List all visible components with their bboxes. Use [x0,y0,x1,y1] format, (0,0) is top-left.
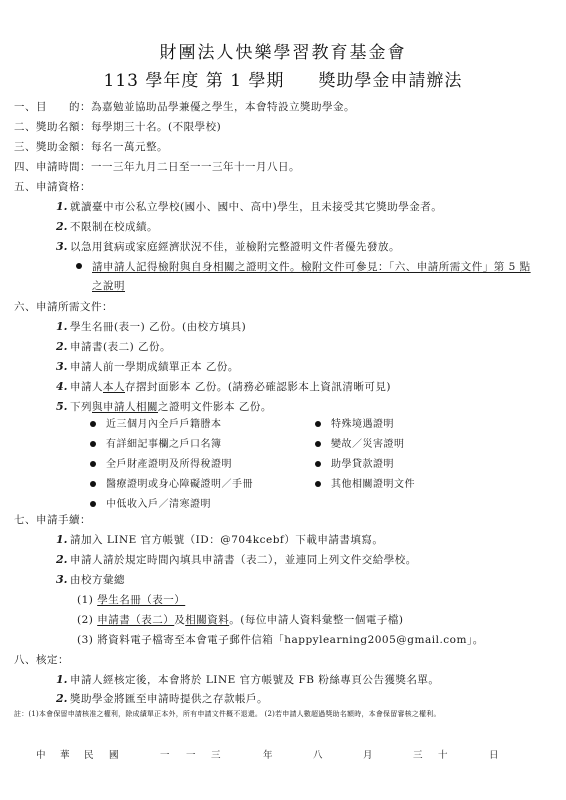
org-title: 財團法人快樂學習教育基金會 [0,38,566,63]
section-period: 四、申請時間：一一三年九月二日至一一三年十一月八日。 [14,160,300,174]
doc-bullet: 其他相關證明文件 [315,478,415,492]
bullet-text: 其他相關證明文件 [331,479,415,490]
underlined-text: 本人 [103,381,125,393]
document-item: 申請人本人存摺封面影本 乙份。(請務必確認影本上資訊清晰可見) [70,380,391,394]
eligibility-item: 不限制在校成績。 [70,220,158,234]
doc-bullet: 全戶財產證明及所得稅證明 [90,458,232,472]
bullet-icon [315,441,321,447]
bullet-icon [90,421,96,427]
date-char: 月 [363,747,373,761]
section-text: 為嘉勉並協助品學兼優之學生，本會特設立獎助學金。 [91,101,355,113]
document-item: 申請人前一學期成績單正本 乙份。 [70,360,239,374]
procedure-item: 申請人請於規定時間內填具申請書（表二），並連同上列文件交給學校。 [70,553,417,567]
title-doc: 獎助學金申請辦法 [318,71,462,91]
doc-bullet: 醫療證明或身心障礙證明／手冊 [90,478,253,492]
doc-bullet: 變故／災害證明 [315,438,405,452]
section-text: 每學期三十名。(不限學校) [91,121,221,133]
bullet-text: 有詳細記事欄之戶口名簿 [106,439,222,450]
section-label: 一、目 的： [14,101,91,113]
bullet-icon [90,501,96,507]
underlined-text: 相關資料 [185,614,229,626]
section-eligibility: 五、申請資格： [14,180,91,194]
procedure-item: 請加入 LINE 官方帳號（ID：@704kcebf）下載申請書填寫。 [70,533,383,547]
bullet-text: 近三個月內全戶戶籍謄本 [106,419,222,430]
eligibility-note-cont: 之說明 [92,279,125,293]
item-number: 2. [56,692,67,705]
date-char: 一 [160,747,170,761]
item-number: 1. [56,200,67,213]
item-number: 2. [56,340,67,353]
document-item: 學生名冊(表一) 乙份。(由校方填具) [70,320,246,334]
text: 下列 [70,401,92,413]
date-char: 中 [36,747,46,761]
procedure-item: 由校方彙總 [70,573,125,587]
section-amount: 三、獎助金額：每名一萬元整。 [14,140,168,154]
doc-bullet: 有詳細記事欄之戶口名簿 [90,438,222,452]
item-number: 1. [56,320,67,333]
item-number: 2. [56,553,67,566]
date-char: 三 [211,747,221,761]
section-text: 一一三年九月二日至一一三年十一月八日。 [91,161,300,173]
bullet-icon [90,441,96,447]
procedure-subitem: (2) 申請書（表二）及相關資料。(每位申請人資料彙整一個電子檔) [77,613,403,627]
underlined-text: 與申請人相關 [92,401,158,413]
approval-item: 獎助學金將匯至申請時提供之存款帳戶。 [70,692,268,706]
document-page: 財團法人快樂學習教育基金會 113 學年度 第 1 學期獎助學金申請辦法 一、目… [0,0,566,800]
bullet-icon [90,481,96,487]
bullet-text: 變故／災害證明 [331,439,405,450]
item-number: 3. [56,360,67,373]
bullet-text: 醫療證明或身心障礙證明／手冊 [106,479,253,490]
date-char: 八 [313,747,323,761]
email-text: 將資料電子檔寄至本會電子郵件信箱「happylearning2005@gmail… [97,634,483,646]
text: 及 [174,614,185,626]
date-char: 民 [84,747,94,761]
eligibility-note: 請申請人記得檢附與自身相關之證明文件。檢附文件可參見：「六、申請所需文件」第 5… [76,260,531,274]
bullet-icon [315,461,321,467]
section-label: 二、獎助名額： [14,121,91,133]
section-approval: 八、核定： [14,653,69,667]
doc-bullet: 助學貸款證明 [315,458,394,472]
eligibility-item: 以急用貧病或家庭經濟狀況不佳，並檢附完整證明文件者優先發放。 [70,240,400,254]
item-number: 3. [56,573,67,586]
doc-title: 113 學年度 第 1 學期獎助學金申請辦法 [0,66,566,91]
date-char: 日 [489,747,499,761]
note-text: 請申請人記得檢附與自身相關之證明文件。檢附文件可參見：「六、申請所需文件」第 5… [92,261,531,273]
date-char: 年 [263,747,273,761]
doc-bullet: 特殊境遇證明 [315,418,394,432]
bullet-text: 全戶財產證明及所得稅證明 [106,459,232,470]
approval-item: 申請人經核定後，本會將於 LINE 官方帳號及 FB 粉絲專頁公告獲獎名單。 [70,673,439,687]
bullet-icon [315,481,321,487]
date-char: 國 [109,747,119,761]
text: 之證明文件影本 乙份。 [158,401,272,413]
document-item: 下列與申請人相關之證明文件影本 乙份。 [70,400,272,414]
date-char: 十 [438,747,448,761]
procedure-subitem: (1) 學生名冊（表一） [77,593,185,607]
item-number: 3. [56,240,67,253]
date-char: 三 [413,747,423,761]
title-year: 113 學年度 第 1 學期 [104,71,285,91]
section-purpose: 一、目 的：為嘉勉並協助品學兼優之學生，本會特設立獎助學金。 [14,100,355,114]
bullet-text: 特殊境遇證明 [331,419,394,430]
document-item: 申請書(表二) 乙份。 [70,340,171,354]
item-number: 1. [56,673,67,686]
section-documents: 六、申請所需文件： [14,300,113,314]
doc-bullet: 近三個月內全戶戶籍謄本 [90,418,222,432]
item-number: 5. [56,400,67,413]
underlined-text: 申請書（表二） [97,614,174,626]
procedure-subitem: (3) 將資料電子檔寄至本會電子郵件信箱「happylearning2005@g… [77,633,484,647]
text: 。(每位申請人資料彙整一個電子檔) [229,614,403,626]
text: 存摺封面影本 乙份。(請務必確認影本上資訊清晰可見) [125,381,391,393]
doc-bullet: 中低收入戶／清寒證明 [90,498,211,512]
section-text: 每名一萬元整。 [91,141,168,153]
underlined-text: 學生名冊（表一） [97,594,185,606]
bullet-text: 中低收入戶／清寒證明 [106,499,211,510]
section-quota: 二、獎助名額：每學期三十名。(不限學校) [14,120,221,134]
bullet-icon [315,421,321,427]
section-label: 三、獎助金額： [14,141,91,153]
bullet-icon [76,263,82,269]
sub-number: (3) [77,634,93,646]
bullet-text: 助學貸款證明 [331,459,394,470]
footnote: 註：(1)本會保留申請核准之權利，除成績單正本外，所有申請文件概不退還。 (2)… [14,709,441,719]
bullet-icon [90,461,96,467]
sub-number: (2) [77,614,93,626]
section-label: 四、申請時間： [14,161,91,173]
item-number: 4. [56,380,67,393]
section-procedure: 七、申請手續： [14,513,91,527]
eligibility-item: 就讀臺中市公私立學校(國小、國中、高中)學生，且未接受其它獎助學金者。 [70,200,442,214]
sub-number: (1) [77,594,93,606]
date-char: 華 [60,747,70,761]
date-char: 一 [186,747,196,761]
text: 申請人 [70,381,103,393]
item-number: 1. [56,533,67,546]
item-number: 2. [56,220,67,233]
